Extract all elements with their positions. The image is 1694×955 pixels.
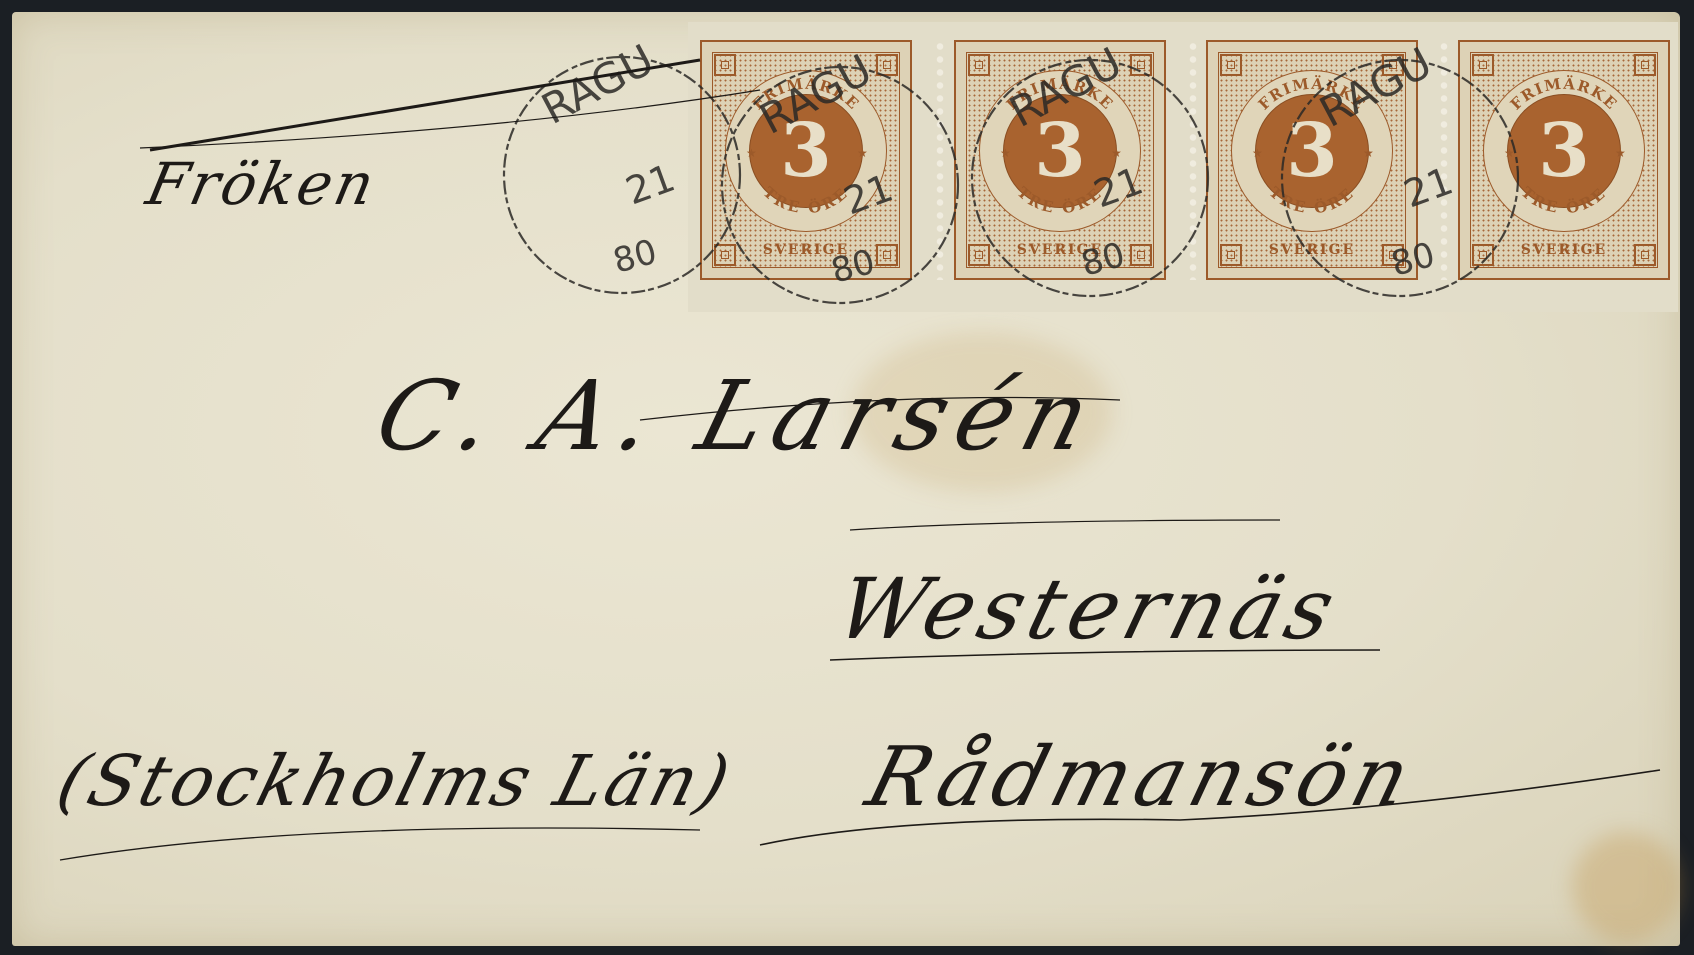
stamp-country: SVERIGE: [956, 242, 1164, 258]
salutation-text: Fröken: [141, 150, 383, 218]
stamp-country: SVERIGE: [702, 242, 910, 258]
svg-text:★: ★: [1111, 146, 1122, 160]
stamp-country: SVERIGE: [1460, 242, 1668, 258]
stamp-arc-text: FRIMÄRKE TRE ÖRE ★ ★: [726, 71, 886, 231]
locality-text: Rådmansön: [857, 730, 1425, 825]
svg-text:FRIMÄRKE: FRIMÄRKE: [1507, 73, 1621, 113]
svg-text:★: ★: [1615, 146, 1626, 160]
postage-stamp: 3 FRIMÄRKE TRE ÖRE ★ ★ SVERIGE: [1458, 40, 1670, 280]
place-text: Westernäs: [827, 560, 1350, 658]
svg-text:TRE ÖRE: TRE ÖRE: [760, 183, 853, 217]
svg-text:FRIMÄRKE: FRIMÄRKE: [1003, 73, 1117, 113]
postage-stamp: 3 FRIMÄRKE TRE ÖRE ★ ★ SVERIGE: [1206, 40, 1418, 280]
svg-text:★: ★: [857, 146, 868, 160]
svg-text:★: ★: [746, 146, 757, 160]
svg-text:FRIMÄRKE: FRIMÄRKE: [749, 73, 863, 113]
perforation-gap: [936, 40, 944, 280]
stamp-arc-text: FRIMÄRKE TRE ÖRE ★ ★: [1232, 71, 1392, 231]
svg-text:TRE ÖRE: TRE ÖRE: [1014, 183, 1107, 217]
svg-text:TRE ÖRE: TRE ÖRE: [1266, 183, 1359, 217]
county-text: (Stockholms Län): [49, 740, 741, 822]
svg-text:FRIMÄRKE: FRIMÄRKE: [1255, 73, 1369, 113]
perforation-gap: [1440, 40, 1448, 280]
stamp-country: SVERIGE: [1208, 242, 1416, 258]
stamp-arc-text: FRIMÄRKE TRE ÖRE ★ ★: [1484, 71, 1644, 231]
svg-text:★: ★: [1363, 146, 1374, 160]
recipient-name-text: C. A. Larsén: [365, 360, 1111, 472]
svg-text:★: ★: [1504, 146, 1515, 160]
postage-stamp: 3 FRIMÄRKE TRE ÖRE ★ ★ SVERIGE: [954, 40, 1166, 280]
corner-stain: [1572, 832, 1682, 942]
svg-text:TRE ÖRE: TRE ÖRE: [1518, 183, 1611, 217]
postage-stamp: 3 FRIMÄRKE TRE ÖRE ★ ★ SVERIGE: [700, 40, 912, 280]
perforation-gap: [1189, 40, 1197, 280]
stamp-arc-text: FRIMÄRKE TRE ÖRE ★ ★: [980, 71, 1140, 231]
svg-text:★: ★: [1000, 146, 1011, 160]
svg-text:★: ★: [1252, 146, 1263, 160]
